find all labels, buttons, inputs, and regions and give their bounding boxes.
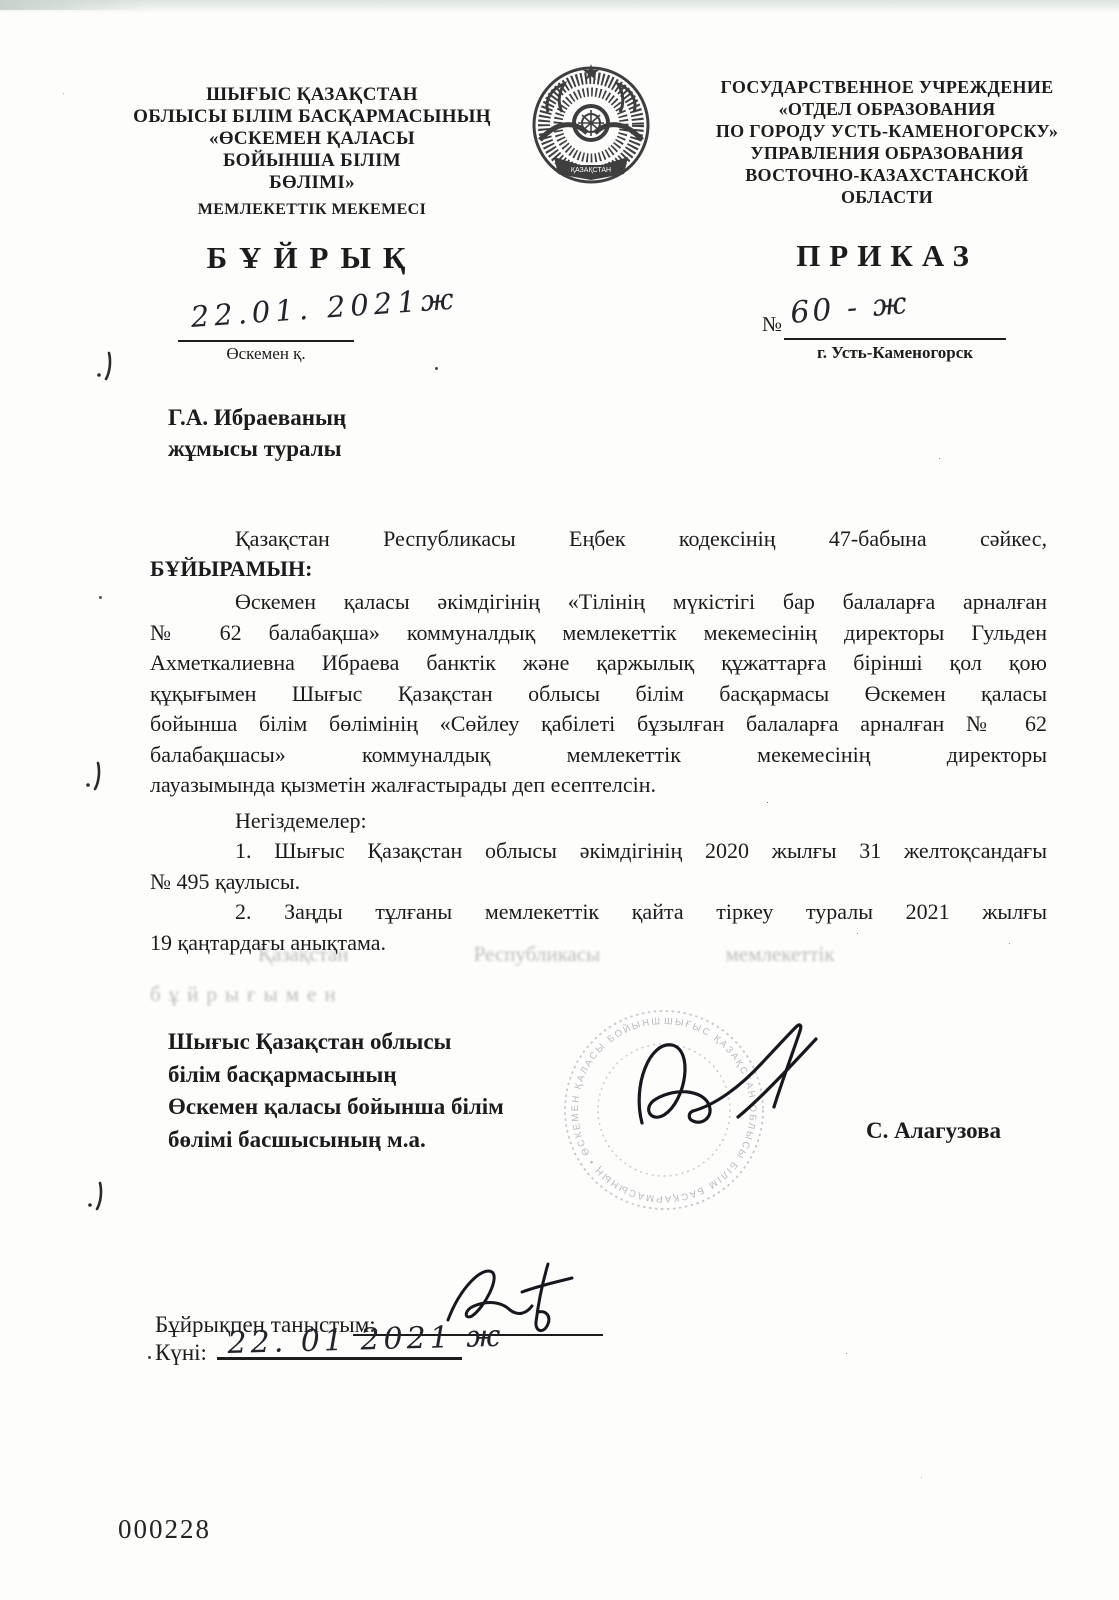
paragraph-line: құқығымен Шығыс Қазақстан облысы білім б… (150, 679, 1047, 710)
org-line: УПРАВЛЕНИЯ ОБРАЗОВАНИЯ (682, 142, 1092, 164)
org-line: ПО ГОРОДУ УСТЬ-КАМЕНОГОРСКУ» (682, 120, 1092, 142)
org-line: ОБЛЫСЫ БІЛІМ БАСҚАРМАСЫНЫҢ (112, 106, 512, 128)
signature-ink (620, 1015, 840, 1155)
grounds-label: Негіздемелер: (150, 806, 1047, 837)
paragraph-line: бойынша білім бөлімінің «Сөйлеу қабілеті… (150, 709, 1047, 740)
org-line: «ӨСКЕМЕН ҚАЛАСЫ (112, 128, 512, 150)
paragraph-line: Ахметкалиевна Ибраева банктік және қаржы… (150, 648, 1047, 679)
subject-line: Г.А. Ибраеваның (168, 402, 346, 433)
org-line: ШЫҒЫС ҚАЗАҚСТАН (112, 84, 512, 106)
place-russian: г. Усть-Каменогорск (770, 343, 1020, 363)
org-line: БӨЛІМІ» (112, 172, 512, 194)
date-underline (178, 340, 354, 342)
org-line: ГОСУДАРСТВЕННОЕ УЧРЕЖДЕНИЕ (682, 76, 1092, 98)
margin-pen-mark (84, 760, 106, 792)
kazakhstan-emblem-icon: ҚАЗАҚСТАН (524, 60, 658, 194)
scan-edge-artifact (0, 0, 1119, 16)
title-kazakh: БҰЙРЫҚ (112, 240, 512, 276)
ground-line: 1. Шығыс Қазақстан облысы әкімдігінің 20… (150, 836, 1047, 867)
decree-word: БҰЙЫРАМЫН: (150, 554, 1047, 585)
date-label: Күні: (155, 1340, 207, 1366)
ghost-text: бұйрығымен (150, 982, 344, 1007)
paragraph-line: № 62 балабақша» коммуналдық мемлекеттік … (150, 618, 1047, 649)
org-line: «ОТДЕЛ ОБРАЗОВАНИЯ (682, 98, 1092, 120)
number-sign: № (762, 312, 782, 337)
place-kazakh: Өскемен қ. (178, 344, 354, 364)
subject-line: жұмысы туралы (168, 433, 346, 464)
order-subject: Г.А. Ибраеваның жұмысы туралы (168, 402, 346, 464)
margin-pen-mark (86, 1180, 108, 1212)
paragraph-line: лауазымында қызметін жалғастырады деп ес… (150, 770, 1047, 801)
org-name-russian: ГОСУДАРСТВЕННОЕ УЧРЕЖДЕНИЕ «ОТДЕЛ ОБРАЗО… (682, 76, 1092, 208)
emblem-banner-text: ҚАЗАҚСТАН (571, 167, 611, 174)
paragraph-line: балабақшасы» коммуналдық мемлекеттік мек… (150, 740, 1047, 771)
org-line: БОЙЫНША БІЛІМ (112, 150, 512, 172)
margin-pen-mark (95, 350, 117, 382)
signer-name: С. Алагузова (866, 1118, 1001, 1144)
position-line: бөлімі басшысының м.а. (168, 1124, 504, 1157)
title-russian: ПРИКАЗ (682, 238, 1092, 274)
number-underline (784, 338, 1006, 340)
ground-line: 2. Заңды тұлғаны мемлекеттік қайта тірке… (150, 897, 1047, 928)
ground-item-1: 1. Шығыс Қазақстан облысы әкімдігінің 20… (150, 836, 1047, 897)
org-line: ОБЛАСТИ (682, 186, 1092, 208)
org-subtitle: МЕМЛЕКЕТТІК МЕКЕМЕСІ (112, 199, 512, 221)
position-line: Өскемен қаласы бойынша білім (168, 1091, 504, 1124)
scanned-order-document: ШЫҒЫС ҚАЗАҚСТАН ОБЛЫСЫ БІЛІМ БАСҚАРМАСЫН… (0, 0, 1119, 1600)
org-name-kazakh: ШЫҒЫС ҚАЗАҚСТАН ОБЛЫСЫ БІЛІМ БАСҚАРМАСЫН… (112, 84, 512, 221)
org-line: ВОСТОЧНО-КАЗАХСТАНСКОЙ (682, 164, 1092, 186)
paragraph-line: Өскемен қаласы әкімдігінің «Тілінің мүкі… (150, 587, 1047, 618)
document-registration-number: 000228 (118, 1514, 211, 1545)
handwritten-ack-date: 22. 01 2021 ж (227, 1319, 505, 1361)
signatory-position: Шығыс Қазақстан облысы білім басқармасын… (168, 1026, 504, 1156)
ground-line: № 495 қаулысы. (150, 867, 1047, 898)
ghost-text: Қазақстан Республикасы мемлекеттік (258, 942, 835, 967)
position-line: Шығыс Қазақстан облысы (168, 1026, 504, 1059)
body-intro: Қазақстан Республикасы Еңбек кодексінің … (150, 524, 1047, 555)
body-paragraph: Өскемен қаласы әкімдігінің «Тілінің мүкі… (150, 587, 1047, 801)
scan-corner-smudge (0, 0, 150, 10)
position-line: білім басқармасының (168, 1059, 504, 1092)
handwritten-date: 22.01. 2021ж (190, 281, 460, 334)
ack-date-underline (217, 1357, 462, 1360)
handwritten-number: 60 - ж (789, 286, 911, 331)
